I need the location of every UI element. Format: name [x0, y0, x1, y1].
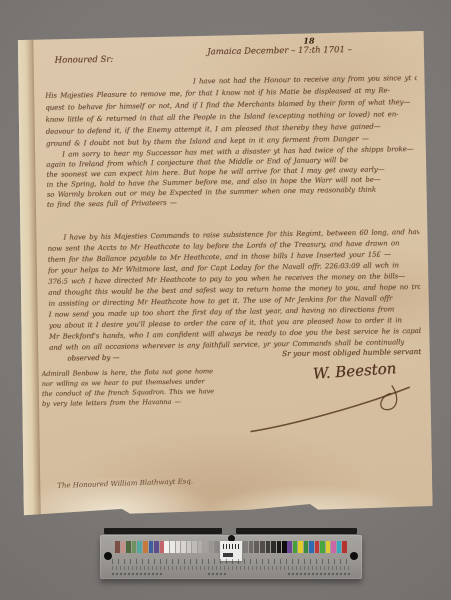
gray-swatch [277, 541, 282, 553]
bar-hole-left [104, 552, 112, 560]
color-swatch [143, 541, 148, 553]
gray-swatch [176, 541, 181, 553]
color-swatch [121, 541, 126, 553]
color-swatch [326, 541, 331, 553]
gray-swatch [266, 541, 271, 553]
ruler-fine-print-right [288, 573, 350, 575]
gray-swatch [198, 541, 203, 553]
ruler-tick-marks [112, 559, 350, 564]
color-swatch [320, 541, 325, 553]
observed-by-line: observed by — [67, 354, 119, 363]
photograph-of-letter: Honoured Sr: Jamaica December – 17:th 17… [0, 0, 451, 600]
gray-swatch [203, 541, 208, 553]
color-swatch [137, 541, 142, 553]
paragraph-3: I have by his Majesties Commands to rais… [47, 227, 421, 354]
docket-address: The Honoured William Blathwayt Esq. [57, 477, 193, 489]
color-swatch [115, 541, 120, 553]
color-swatch [337, 541, 342, 553]
gray-ramp-light [164, 541, 219, 553]
paragraph-2: I am sorry to hear my Successor has met … [46, 144, 419, 210]
gray-swatch [192, 541, 197, 553]
ruler-fine-print-left [112, 573, 164, 575]
color-swatch [315, 541, 320, 553]
gray-swatch [271, 541, 276, 553]
gray-swatch [187, 541, 192, 553]
color-swatch [126, 541, 131, 553]
signature-flourish [242, 383, 423, 442]
color-swatch [309, 541, 314, 553]
gray-swatch [170, 541, 175, 553]
dateline: Jamaica December – 17:th 1701 – [194, 45, 364, 58]
bar-ruler-body [100, 535, 362, 579]
paper-fold-edge [16, 37, 41, 517]
bar-top-strip-right [236, 528, 357, 534]
postscript: Admirall Benbow is here, the flota not g… [41, 366, 257, 409]
salutation: Honoured Sr: [55, 55, 114, 66]
gray-ramp-dark [243, 541, 287, 553]
color-swatch [331, 541, 336, 553]
bar-center-label [220, 541, 242, 561]
gray-swatch [254, 541, 259, 553]
letter-sheet: Honoured Sr: Jamaica December – 17:th 17… [16, 31, 432, 517]
color-swatch [149, 541, 154, 553]
gray-swatch [243, 541, 248, 553]
bar-top-strip-left [104, 528, 222, 534]
gray-swatch [249, 541, 254, 553]
gray-swatch [164, 541, 169, 553]
handwritten-line: by very late letters from the Havanna — [42, 396, 257, 409]
color-patch-row [115, 541, 347, 553]
color-swatch [298, 541, 303, 553]
signature: W. Beeston [289, 358, 420, 385]
color-swatch [342, 541, 347, 553]
ruler-fine-print-middle [208, 573, 228, 575]
paragraph-1: I have not had the Honour to receive any… [45, 72, 418, 150]
gray-swatch [181, 541, 186, 553]
color-swatch [293, 541, 298, 553]
color-patches-right [287, 541, 347, 553]
color-calibration-bar [97, 527, 365, 585]
bar-hole-right [350, 552, 358, 560]
date-correction: 18 [303, 36, 314, 46]
gray-swatch [209, 541, 214, 553]
color-swatch [132, 541, 137, 553]
gray-swatch [214, 541, 219, 553]
color-swatch [304, 541, 309, 553]
color-swatch [154, 541, 159, 553]
ruler-tick-marks-small [112, 566, 350, 570]
color-patches-left [115, 541, 164, 553]
gray-swatch [260, 541, 265, 553]
color-swatch [287, 541, 292, 553]
